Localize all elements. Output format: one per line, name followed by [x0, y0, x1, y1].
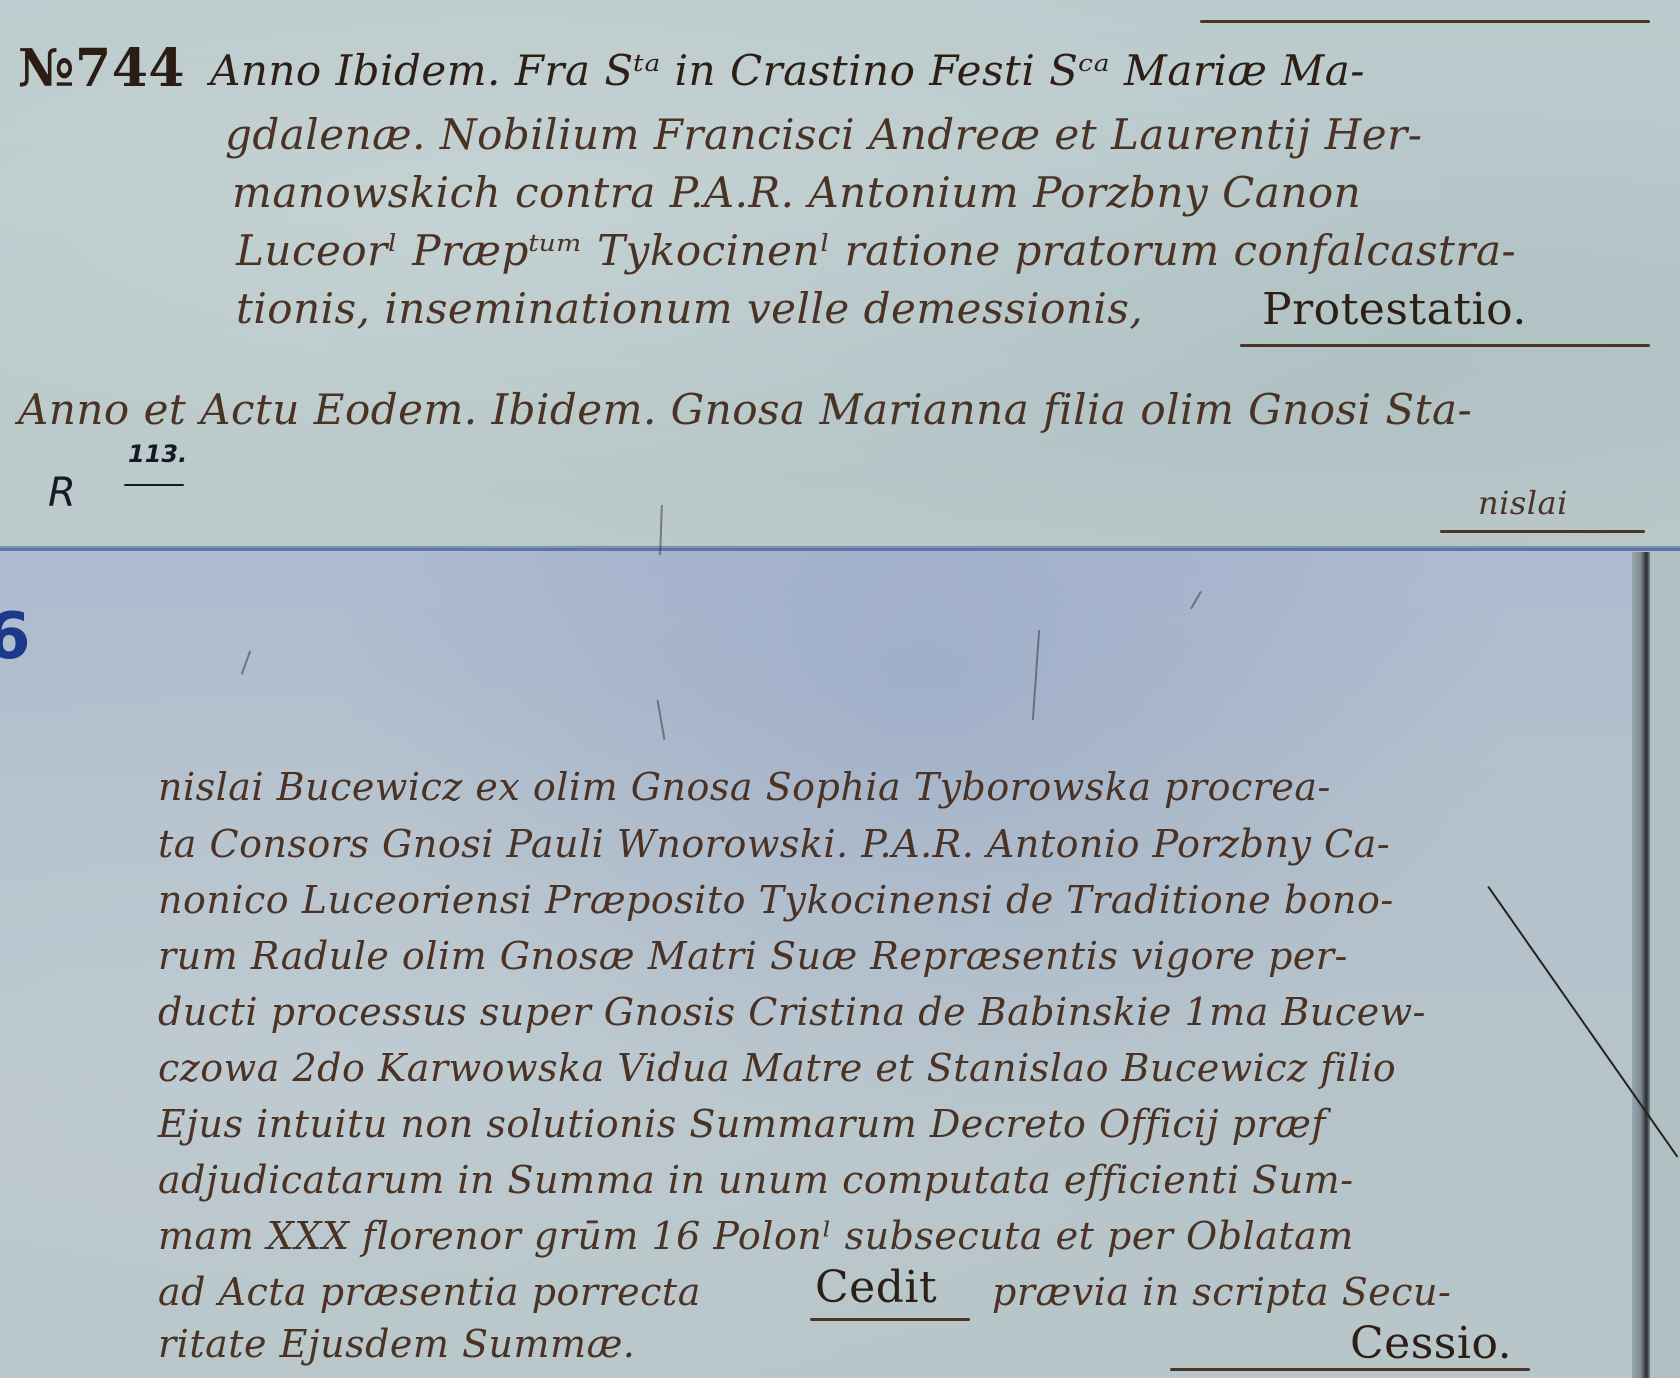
top-rule: [1200, 20, 1650, 23]
cessio-underline: [1170, 1368, 1530, 1371]
entry-2-line-2: ta Consors Gnosi Pauli Wnorowski. P.A.R.…: [158, 822, 1390, 866]
page-overlap-edge: [0, 546, 1680, 550]
entry-1744-line-5: tionis, inseminationum velle demessionis…: [236, 284, 1143, 333]
entry-1744-line-3: manowskich contra P.A.R. Antonium Porzbn…: [232, 168, 1361, 217]
protestatio-underline: [1240, 344, 1650, 347]
entry-2-line-10-tail: prævia in scripta Secu-: [992, 1270, 1451, 1314]
entry-2-line-8: adjudicatarum in Summa in unum computata…: [158, 1158, 1354, 1202]
entry-2-last-line: ritate Ejusdem Summæ.: [158, 1322, 635, 1366]
entry-2-line-6: czowa 2do Karwowska Vidua Matre et Stani…: [158, 1046, 1396, 1090]
blue-margin-number: 6: [0, 600, 31, 674]
cedit-underline: [810, 1318, 970, 1321]
folio-mark: 113.: [128, 440, 187, 468]
entry-2-line-4: rum Radule olim Gnosæ Matri Suæ Repræsen…: [158, 934, 1348, 978]
entry-1744-line-4: Luceorˡ Præpᵗᵘᵐ Tykocinenˡ ratione prato…: [236, 226, 1516, 275]
entry-heading-cessio: Cessio.: [1350, 1318, 1512, 1369]
entry-1744-line-2: gdalenæ. Nobilium Francisci Andreæ et La…: [225, 110, 1422, 159]
entry-1744-line-1: Anno Ibidem. Fra Sᵗᵃ in Crastino Festi S…: [210, 46, 1365, 95]
entry-2-line-5: ducti processus super Gnosis Cristina de…: [158, 990, 1426, 1034]
entry-2-line-1: nislai Bucewicz ex olim Gnosa Sophia Tyb…: [158, 765, 1331, 809]
catchword-nislai: nislai: [1478, 484, 1568, 522]
folio-mark-underline: [124, 484, 184, 486]
binding-edge: [1632, 552, 1650, 1378]
entry-2-first-line: Anno et Actu Eodem. Ibidem. Gnosa Marian…: [18, 385, 1472, 434]
cedit-word: Cedit: [815, 1262, 937, 1313]
entry-number: №744: [18, 38, 185, 99]
entry-2-line-10: ad Acta præsentia porrecta: [158, 1270, 701, 1314]
recipe-mark: R: [48, 470, 76, 516]
entry-2-line-7: Ejus intuitu non solutionis Summarum Dec…: [158, 1102, 1326, 1146]
entry-heading-protestatio: Protestatio.: [1262, 284, 1527, 335]
entry-2-line-9: mam XXX florenor grūm 16 Polonˡ subsecut…: [158, 1214, 1354, 1258]
binding-strip: [1650, 552, 1680, 1378]
entry-2-line-3: nonico Luceoriensi Præposito Tykocinensi…: [158, 878, 1394, 922]
catchword-underline: [1440, 530, 1645, 533]
